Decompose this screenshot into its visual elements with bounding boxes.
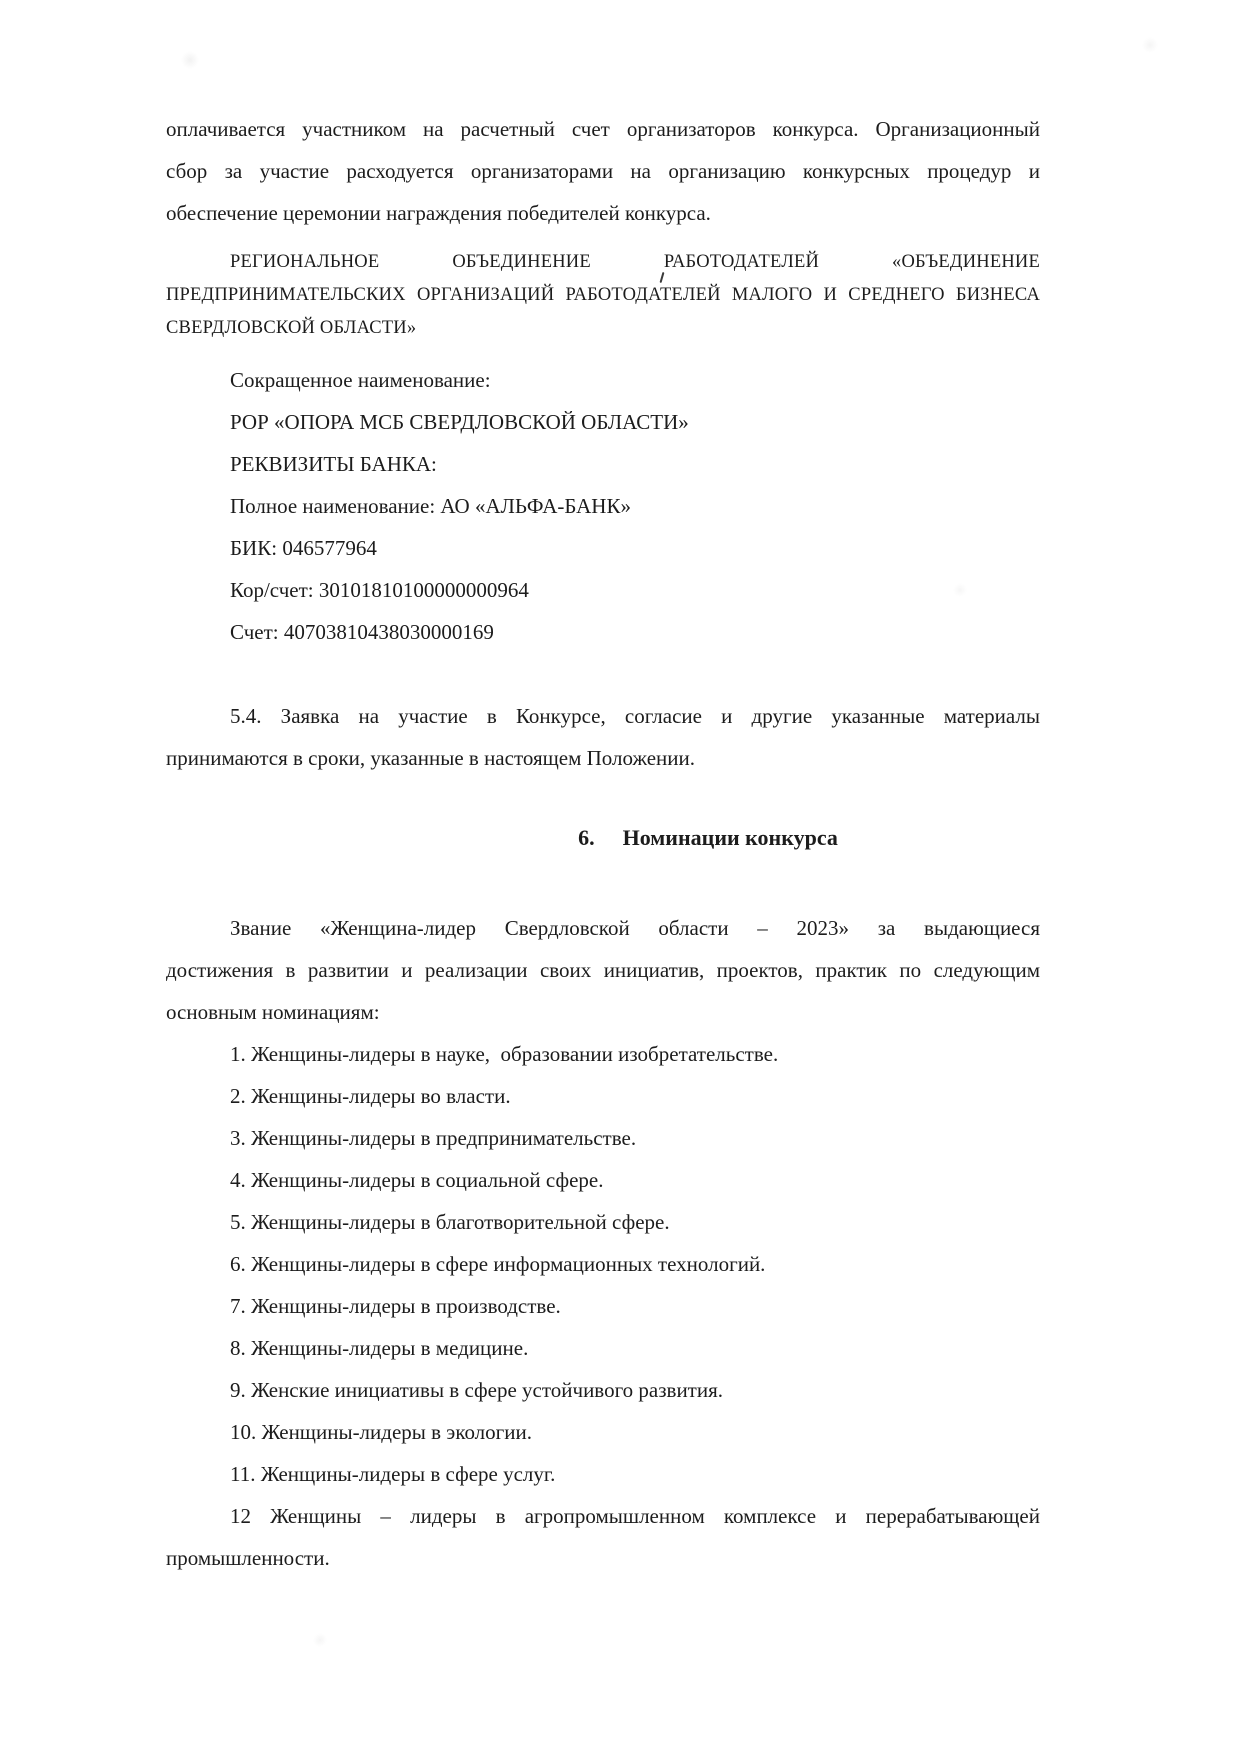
- bank-details: Сокращенное наименование: РОР «ОПОРА МСБ…: [230, 359, 1040, 653]
- text-line: Звание «Женщина-лидер Свердловской облас…: [166, 907, 1040, 949]
- text-line: достижения в развитии и реализации своих…: [166, 949, 1040, 991]
- text-line: СВЕРДЛОВСКОЙ ОБЛАСТИ»: [166, 312, 1040, 345]
- nomination-item: 5. Женщины-лидеры в благотворительной сф…: [230, 1201, 1040, 1243]
- paragraph-org-fee: оплачивается участником на расчетный сче…: [166, 108, 1040, 234]
- clause-5-4: 5.4. Заявка на участие в Конкурсе, согла…: [166, 695, 1040, 779]
- section-title: Номинации конкурса: [623, 825, 838, 850]
- nomination-item: 2. Женщины-лидеры во власти.: [230, 1075, 1040, 1117]
- nomination-item: 1. Женщины-лидеры в науке, образовании и…: [230, 1033, 1040, 1075]
- short-name-label: Сокращенное наименование:: [230, 359, 1040, 401]
- organization-name: РЕГИОНАЛЬНОЕ ОБЪЕДИНЕНИЕ РАБОТОДАТЕЛЕЙ «…: [166, 246, 1040, 345]
- nominations-list: 1. Женщины-лидеры в науке, образовании и…: [230, 1033, 1040, 1495]
- bank-bik: БИК: 046577964: [230, 527, 1040, 569]
- text-line: 12 Женщины – лидеры в агропромышленном к…: [166, 1495, 1040, 1537]
- nomination-item: 8. Женщины-лидеры в медицине.: [230, 1327, 1040, 1369]
- text-line: сбор за участие расходуется организатора…: [166, 150, 1040, 192]
- text-line: РЕГИОНАЛЬНОЕ ОБЪЕДИНЕНИЕ РАБОТОДАТЕЛЕЙ «…: [166, 246, 1040, 279]
- text-line: 5.4. Заявка на участие в Конкурсе, согла…: [166, 695, 1040, 737]
- nomination-item: 4. Женщины-лидеры в социальной сфере.: [230, 1159, 1040, 1201]
- nomination-item: 3. Женщины-лидеры в предпринимательстве.: [230, 1117, 1040, 1159]
- nominations-intro: Звание «Женщина-лидер Свердловской облас…: [166, 907, 1040, 1033]
- bank-corr-account: Кор/счет: 30101810100000000964: [230, 569, 1040, 611]
- nomination-item: 9. Женские инициативы в сфере устойчивог…: [230, 1369, 1040, 1411]
- section-heading: 6.Номинации конкурса: [271, 817, 1145, 859]
- text-line: обеспечение церемонии награждения победи…: [166, 192, 1040, 234]
- nomination-item: 10. Женщины-лидеры в экологии.: [230, 1411, 1040, 1453]
- text-line: ПРЕДПРИНИМАТЕЛЬСКИХ ОРГАНИЗАЦИЙ РАБОТОДА…: [166, 279, 1040, 312]
- nomination-item-12: 12 Женщины – лидеры в агропромышленном к…: [166, 1495, 1040, 1579]
- text-line: принимаются в сроки, указанные в настоящ…: [166, 737, 1040, 779]
- text-line: оплачивается участником на расчетный сче…: [166, 108, 1040, 150]
- short-name-value: РОР «ОПОРА МСБ СВЕРДЛОВСКОЙ ОБЛАСТИ»: [230, 401, 1040, 443]
- text-line: промышленности.: [166, 1537, 1040, 1579]
- section-number: 6.: [578, 825, 595, 850]
- document-page: оплачивается участником на расчетный сче…: [0, 0, 1240, 1754]
- bank-full-name: Полное наименование: АО «АЛЬФА-БАНК»: [230, 485, 1040, 527]
- nomination-item: 6. Женщины-лидеры в сфере информационных…: [230, 1243, 1040, 1285]
- nomination-item: 7. Женщины-лидеры в производстве.: [230, 1285, 1040, 1327]
- bank-requisites-label: РЕКВИЗИТЫ БАНКА:: [230, 443, 1040, 485]
- nomination-item: 11. Женщины-лидеры в сфере услуг.: [230, 1453, 1040, 1495]
- bank-account: Счет: 40703810438030000169: [230, 611, 1040, 653]
- text-line: основным номинациям:: [166, 991, 1040, 1033]
- document-content: оплачивается участником на расчетный сче…: [166, 108, 1040, 1579]
